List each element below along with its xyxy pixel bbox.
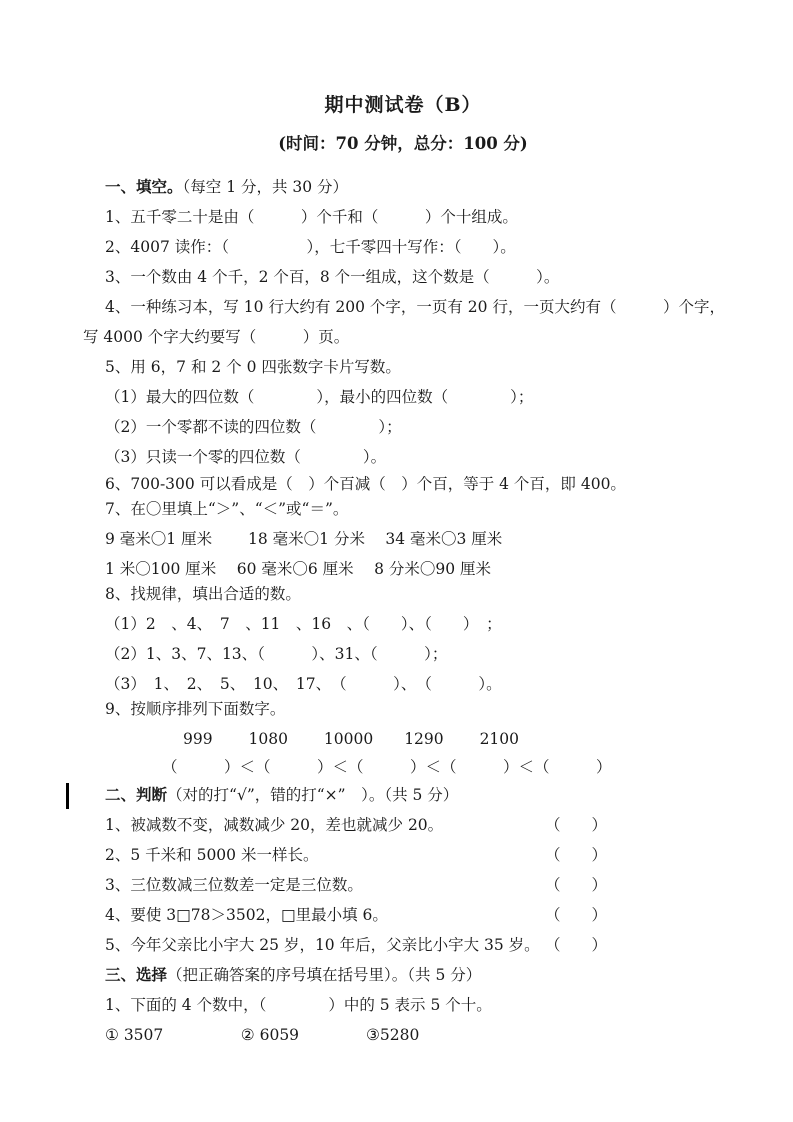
s2-q2-text: 2、5 千米和 5000 米一样长。 bbox=[105, 846, 318, 864]
s2-q3: 3、三位数减三位数差一定是三位数。（ ） bbox=[83, 870, 723, 900]
s2-q2: 2、5 千米和 5000 米一样长。（ ） bbox=[83, 840, 723, 870]
section3-heading-bold: 三、选择 bbox=[105, 965, 167, 984]
doc-subtitle: (时间：70 分钟，总分：100 分) bbox=[83, 129, 723, 159]
s1-q4-line1: 4、一种练习本，写 10 行大约有 200 个字，一页有 20 行，一页大约有（… bbox=[83, 292, 723, 322]
section2-heading-bold: 二、判断 bbox=[105, 785, 167, 804]
s1-q8-sub2: （2）1、3、7、13、（ ）、31、（ ）； bbox=[83, 639, 723, 669]
doc-title: 期中测试卷（B） bbox=[83, 90, 723, 120]
question-body: 一、填空。（每空 1 分，共 30 分） 1、五千零二十是由（ ）个千和（ ）个… bbox=[83, 172, 723, 1050]
revision-bar bbox=[66, 783, 69, 809]
s1-q4-line2: 写 4000 个字大约要写（ ）页。 bbox=[83, 322, 723, 352]
section1-heading-bold: 一、填空。 bbox=[105, 177, 183, 196]
s2-q2-answer-blank: （ ） bbox=[545, 840, 607, 870]
s1-q5-sub1: （1）最大的四位数（ ），最小的四位数（ ）； bbox=[83, 382, 723, 412]
s1-q1: 1、五千零二十是由（ ）个千和（ ）个十组成。 bbox=[83, 202, 723, 232]
s1-q7-compare-row1: 9 毫米〇1 厘米 18 毫米〇1 分米 34 毫米〇3 厘米 bbox=[83, 524, 723, 554]
s1-q8: 8、找规律，填出合适的数。 bbox=[83, 579, 723, 609]
s3-q1: 1、下面的 4 个数中，（ ）中的 5 表示 5 个十。 bbox=[83, 990, 723, 1020]
s2-q5-text: 5、今年父亲比小宇大 25 岁，10 年后，父亲比小宇大 35 岁。 bbox=[105, 936, 540, 954]
section1-heading-rest: （每空 1 分，共 30 分） bbox=[183, 178, 349, 196]
s1-q7: 7、在〇里填上“＞”、“＜”或“＝”。 bbox=[83, 494, 723, 524]
s2-q1: 1、被减数不变，减数减少 20，差也就减少 20。（ ） bbox=[83, 810, 723, 840]
s2-q1-text: 1、被减数不变，减数减少 20，差也就减少 20。 bbox=[105, 816, 443, 834]
s2-q3-text: 3、三位数减三位数差一定是三位数。 bbox=[105, 876, 363, 894]
s1-q9-numbers: 999 1080 10000 1290 2100 bbox=[83, 724, 723, 754]
section3-heading: 三、选择（把正确答案的序号填在括号里）。（共 5 分） bbox=[83, 960, 723, 990]
page-content: 期中测试卷（B） (时间：70 分钟，总分：100 分) 一、填空。（每空 1 … bbox=[83, 90, 723, 1050]
s2-q5: 5、今年父亲比小宇大 25 岁，10 年后，父亲比小宇大 35 岁。（ ） bbox=[83, 930, 723, 960]
s2-q4: 4、要使 3□78＞3502，□里最小填 6。（ ） bbox=[83, 900, 723, 930]
s2-q1-answer-blank: （ ） bbox=[545, 810, 607, 840]
s1-q2: 2、4007 读作：（ ），七千零四十写作：（ ）。 bbox=[83, 232, 723, 262]
s2-q4-answer-blank: （ ） bbox=[545, 900, 607, 930]
s2-q4-text: 4、要使 3□78＞3502，□里最小填 6。 bbox=[105, 906, 388, 924]
s1-q5: 5、用 6，7 和 2 个 0 四张数字卡片写数。 bbox=[83, 352, 723, 382]
section1-heading: 一、填空。（每空 1 分，共 30 分） bbox=[83, 172, 723, 202]
s1-q8-sub1: （1）2 、4、 7 、11 、16 、（ ）、（ ） ； bbox=[83, 609, 723, 639]
section3-heading-rest: （把正确答案的序号填在括号里）。（共 5 分） bbox=[167, 966, 481, 984]
s3-q1-options: ① 3507 ② 6059 ③5280 bbox=[83, 1020, 723, 1050]
s1-q5-sub3: （3）只读一个零的四位数（ ）。 bbox=[83, 442, 723, 472]
s1-q9-order-blanks: （ ）＜（ ）＜（ ）＜（ ）＜（ ） bbox=[83, 752, 723, 782]
test-paper-page: 期中测试卷（B） (时间：70 分钟，总分：100 分) 一、填空。（每空 1 … bbox=[0, 0, 793, 1122]
s1-q9: 9、按顺序排列下面数字。 bbox=[83, 694, 723, 724]
s2-q5-answer-blank: （ ） bbox=[545, 930, 607, 960]
s1-q3: 3、一个数由 4 个千，2 个百，8 个一组成，这个数是（ ）。 bbox=[83, 262, 723, 292]
section2-heading: 二、判断（对的打“√”，错的打“×” ）。（共 5 分） bbox=[83, 780, 723, 810]
s1-q5-sub2: （2）一个零都不读的四位数（ ）； bbox=[83, 412, 723, 442]
s2-q3-answer-blank: （ ） bbox=[545, 870, 607, 900]
section2-heading-rest: （对的打“√”，错的打“×” ）。（共 5 分） bbox=[167, 786, 458, 804]
